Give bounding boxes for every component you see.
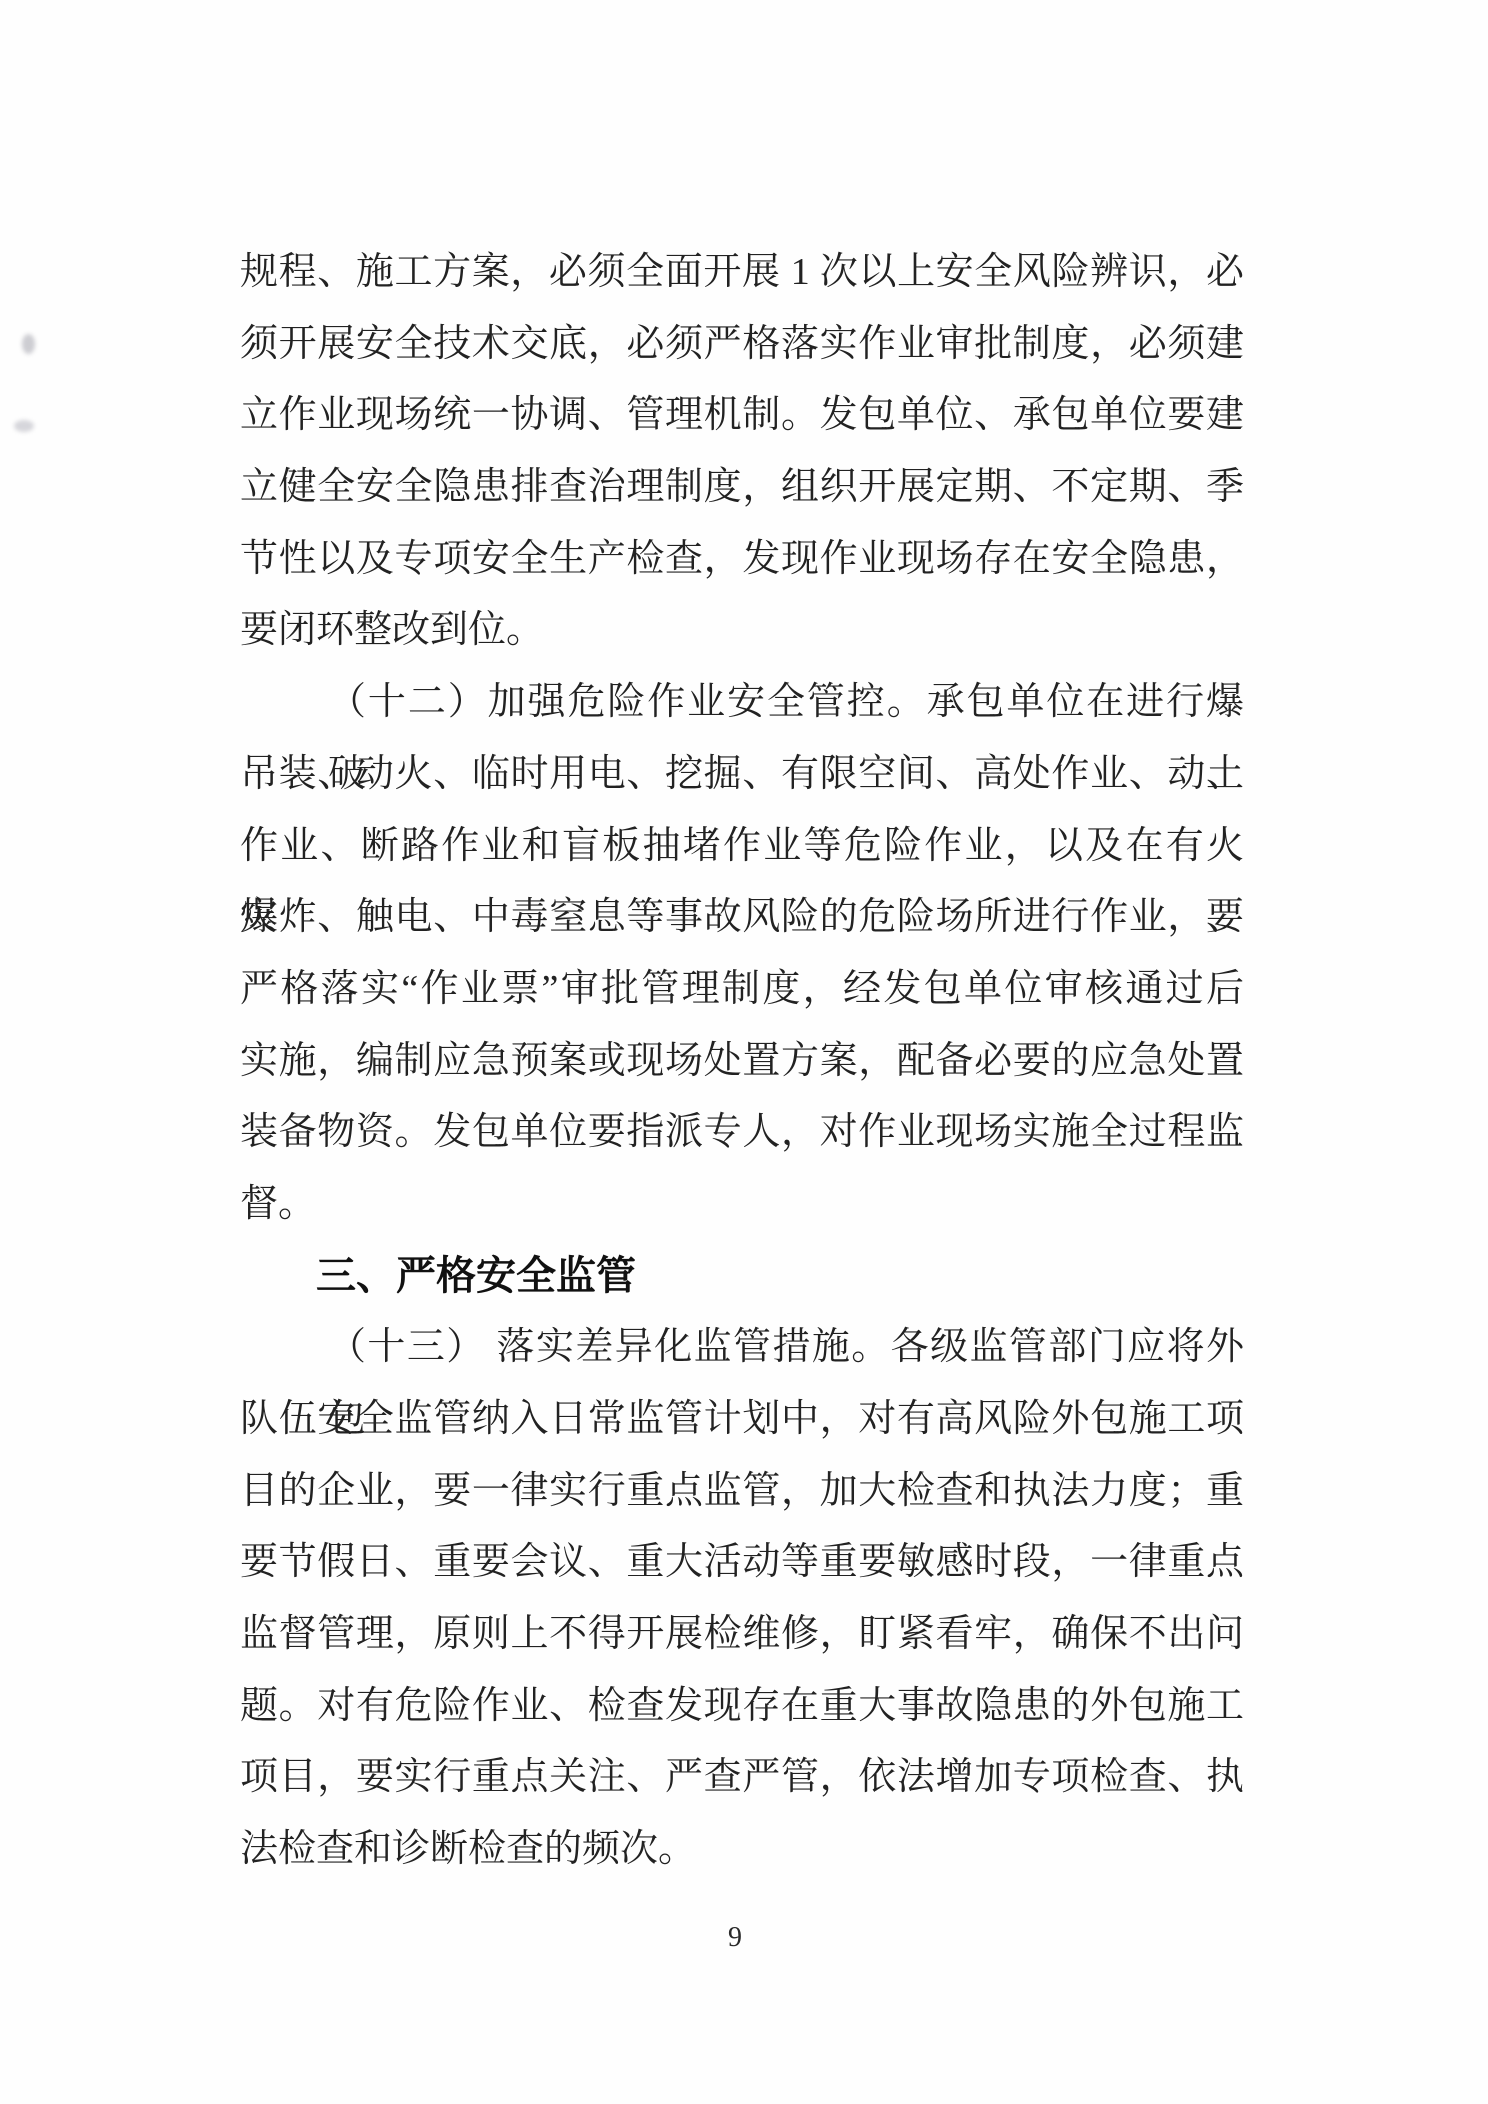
text-line: （十三） 落实差异化监管措施。各级监管部门应将外包 bbox=[240, 1312, 1244, 1384]
text-line: 实施，编制应急预案或现场处置方案，配备必要的应急处置 bbox=[240, 1026, 1244, 1098]
text-line: 队伍安全监管纳入日常监管计划中，对有高风险外包施工项 bbox=[240, 1384, 1244, 1456]
text-line: 立作业现场统一协调、管理机制。发包单位、承包单位要建 bbox=[240, 380, 1244, 452]
page-number: 9 bbox=[0, 1922, 1470, 1954]
text-line: 监督管理，原则上不得开展检维修，盯紧看牢，确保不出问 bbox=[240, 1599, 1244, 1671]
text-line: 须开展安全技术交底，必须严格落实作业审批制度，必须建 bbox=[240, 309, 1244, 381]
text-line: 严格落实“作业票”审批管理制度，经发包单位审核通过后 bbox=[240, 954, 1244, 1026]
text-line: 要节假日、重要会议、重大活动等重要敏感时段，一律重点 bbox=[240, 1527, 1244, 1599]
text-block: 规程、施工方案，必须全面开展 1 次以上安全风险辨识，必须开展安全技术交底，必须… bbox=[240, 237, 1244, 1886]
text-line: 装备物资。发包单位要指派专人，对作业现场实施全过程监 bbox=[240, 1097, 1244, 1169]
text-line: 法检查和诊断检查的频次。 bbox=[240, 1814, 1244, 1886]
text-line: 项目，要实行重点关注、严查严管，依法增加专项检查、执 bbox=[240, 1742, 1244, 1814]
text-line: 爆炸、触电、中毒窒息等事故风险的危险场所进行作业，要 bbox=[240, 882, 1244, 954]
text-line: 目的企业，要一律实行重点监管，加大检查和执法力度；重 bbox=[240, 1456, 1244, 1528]
text-line: （十二）加强危险作业安全管控。承包单位在进行爆破、 bbox=[240, 667, 1244, 739]
scan-smudge-2 bbox=[14, 420, 34, 432]
document-page: 规程、施工方案，必须全面开展 1 次以上安全风险辨识，必须开展安全技术交底，必须… bbox=[0, 0, 1488, 2104]
text-line: 节性以及专项安全生产检查，发现作业现场存在安全隐患， bbox=[240, 524, 1244, 596]
text-line: 要闭环整改到位。 bbox=[240, 595, 1244, 667]
text-line: 督。 bbox=[240, 1169, 1244, 1241]
scan-smudge-1 bbox=[22, 334, 35, 354]
text-line: 吊装、动火、临时用电、挖掘、有限空间、高处作业、动土 bbox=[240, 739, 1244, 811]
text-line: 规程、施工方案，必须全面开展 1 次以上安全风险辨识，必 bbox=[240, 237, 1244, 309]
text-line: 作业、断路作业和盲板抽堵作业等危险作业，以及在有火灾、 bbox=[240, 811, 1244, 883]
text-line: 题。对有危险作业、检查发现存在重大事故隐患的外包施工 bbox=[240, 1671, 1244, 1743]
section-heading: 三、严格安全监管 bbox=[240, 1241, 1244, 1313]
text-line: 立健全安全隐患排查治理制度，组织开展定期、不定期、季 bbox=[240, 452, 1244, 524]
